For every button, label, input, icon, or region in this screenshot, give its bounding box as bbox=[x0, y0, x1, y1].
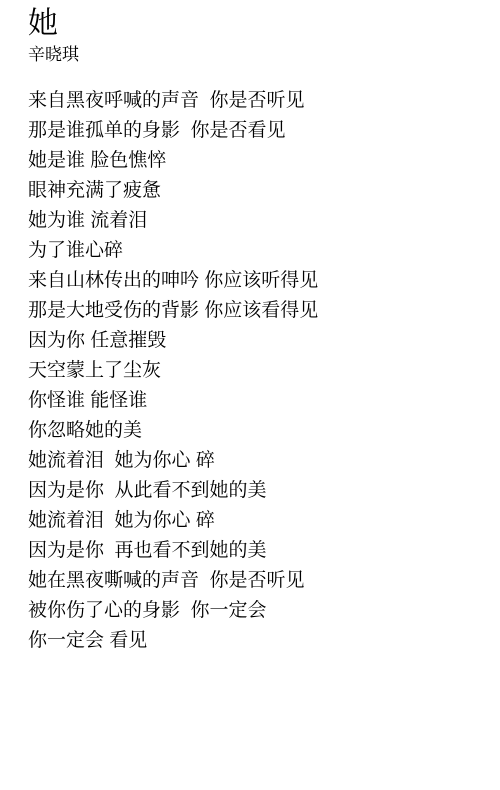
lyric-line: 她流着泪 她为你心 碎 bbox=[28, 506, 480, 536]
lyric-line: 来自山林传出的呻吟 你应该听得见 bbox=[28, 266, 480, 296]
lyric-line: 那是大地受伤的背影 你应该看得见 bbox=[28, 296, 480, 326]
lyrics-page: 她 辛晓琪 来自黑夜呼喊的声音 你是否听见那是谁孤单的身影 你是否看见她是谁 脸… bbox=[0, 0, 500, 656]
lyric-line: 天空蒙上了尘灰 bbox=[28, 356, 480, 386]
lyric-line: 你怪谁 能怪谁 bbox=[28, 386, 480, 416]
lyric-line: 因为是你 从此看不到她的美 bbox=[28, 476, 480, 506]
lyrics: 来自黑夜呼喊的声音 你是否听见那是谁孤单的身影 你是否看见她是谁 脸色憔悴眼神充… bbox=[28, 86, 480, 656]
lyric-line: 因为你 任意摧毁 bbox=[28, 326, 480, 356]
lyric-line: 因为是你 再也看不到她的美 bbox=[28, 536, 480, 566]
lyric-line: 她为谁 流着泪 bbox=[28, 206, 480, 236]
lyric-line: 那是谁孤单的身影 你是否看见 bbox=[28, 116, 480, 146]
lyric-line: 她流着泪 她为你心 碎 bbox=[28, 446, 480, 476]
song-title: 她 bbox=[28, 6, 480, 42]
lyric-line: 她在黑夜嘶喊的声音 你是否听见 bbox=[28, 566, 480, 596]
lyric-line: 被你伤了心的身影 你一定会 bbox=[28, 596, 480, 626]
lyric-line: 来自黑夜呼喊的声音 你是否听见 bbox=[28, 86, 480, 116]
lyric-line: 为了谁心碎 bbox=[28, 236, 480, 266]
artist-name: 辛晓琪 bbox=[28, 44, 480, 66]
lyric-line: 你一定会 看见 bbox=[28, 626, 480, 656]
lyric-line: 你忽略她的美 bbox=[28, 416, 480, 446]
lyric-line: 她是谁 脸色憔悴 bbox=[28, 146, 480, 176]
lyric-line: 眼神充满了疲惫 bbox=[28, 176, 480, 206]
